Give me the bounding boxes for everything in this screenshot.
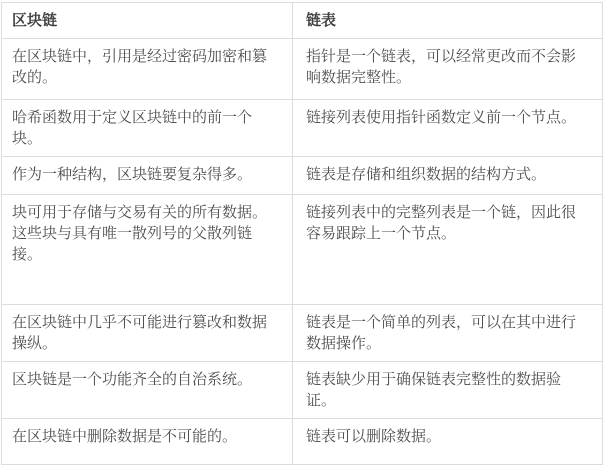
column-header-blockchain: 区块链 [2,3,293,39]
table-header-row: 区块链 链表 [2,3,603,39]
comparison-table: 区块链 链表 在区块链中，引用是经过密码加密和篡改的。 指针是一个链表，可以经常… [1,2,603,408]
cell-blockchain: 在区块链中，引用是经过密码加密和篡改的。 [2,39,293,100]
cell-blockchain: 在区块链中几乎不可能进行篡改和数据操纵。 [2,305,293,362]
cell-linked-list: 链表缺少用于确保链表完整性的数据验证。 [293,362,603,409]
cell-linked-list: 链表是存储和组织数据的结构方式。 [293,157,603,195]
table-row: 哈希函数用于定义区块链中的前一个块。 链接列表使用指针函数定义前一个节点。 [2,100,603,157]
table-row: 作为一种结构，区块链要复杂得多。 链表是存储和组织数据的结构方式。 [2,157,603,195]
cell-blockchain: 区块链是一个功能齐全的自治系统。 [2,362,293,409]
column-header-linked-list: 链表 [293,3,603,39]
cell-blockchain: 哈希函数用于定义区块链中的前一个块。 [2,100,293,157]
table-row: 区块链是一个功能齐全的自治系统。 链表缺少用于确保链表完整性的数据验证。 [2,362,603,409]
cell-linked-list: 链接列表使用指针函数定义前一个节点。 [293,100,603,157]
table-row: 在区块链中几乎不可能进行篡改和数据操纵。 链表是一个简单的列表，可以在其中进行数… [2,305,603,362]
cell-linked-list: 链表是一个简单的列表，可以在其中进行数据操作。 [293,305,603,362]
comparison-table-container: 区块链 链表 在区块链中，引用是经过密码加密和篡改的。 指针是一个链表，可以经常… [1,2,602,408]
cell-linked-list: 指针是一个链表，可以经常更改而不会影响数据完整性。 [293,39,603,100]
cell-blockchain: 作为一种结构，区块链要复杂得多。 [2,157,293,195]
cell-linked-list: 链接列表中的完整列表是一个链，因此很容易跟踪上一个节点。 [293,195,603,305]
table-row: 块可用于存储与交易有关的所有数据。这些块与具有唯一散列号的父散列链接。 链接列表… [2,195,603,305]
cell-blockchain: 块可用于存储与交易有关的所有数据。这些块与具有唯一散列号的父散列链接。 [2,195,293,305]
table-row: 在区块链中，引用是经过密码加密和篡改的。 指针是一个链表，可以经常更改而不会影响… [2,39,603,100]
